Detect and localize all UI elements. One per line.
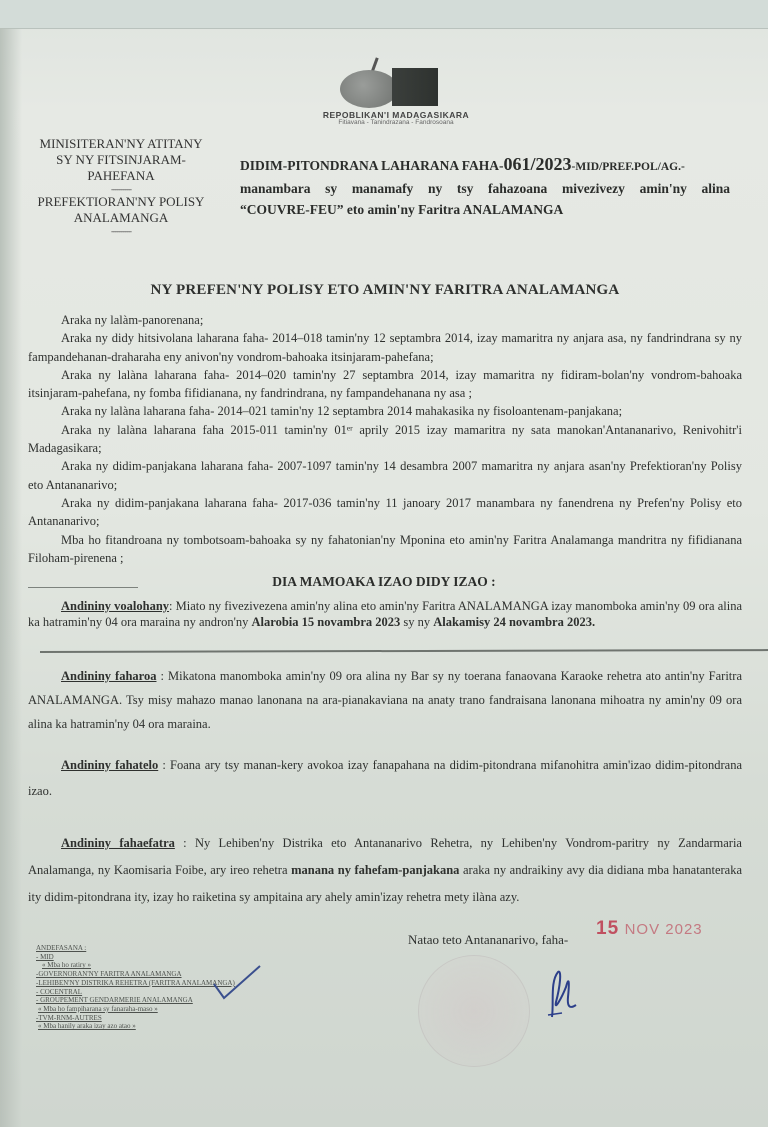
decision-heading: DIA MAMOAKA IZAO DIDY IZAO : <box>0 574 768 590</box>
article-1-label: Andininy voalohany <box>61 599 169 613</box>
curfew-end-date: Alakamisy 24 novambra 2023. <box>433 615 595 629</box>
header-separator: ---------- <box>22 184 220 194</box>
consideration-item: Araka ny didim-panjakana laharana faha- … <box>28 457 742 494</box>
checkmark-icon <box>212 964 262 1000</box>
stamp-day: 15 <box>596 918 619 939</box>
official-seal-icon <box>418 955 530 1067</box>
prefecture-line-2: ANALAMANGA <box>22 210 220 226</box>
consideration-item: Araka ny lalàna laharana faha 2015-011 t… <box>28 421 742 458</box>
considerations: Araka ny lalàm-panorenana; Araka ny didy… <box>28 311 742 567</box>
document-page: REPOBLIKAN'I MADAGASIKARA Fitiavana - Ta… <box>0 0 768 1127</box>
distribution-item: « Mba hanily araka izay azo atao » <box>36 1022 266 1031</box>
consideration-item: Araka ny lalàm-panorenana; <box>28 311 742 329</box>
article-2: Andininy faharoa : Mikatona manomboka am… <box>28 664 742 736</box>
issuing-authority-header: MINISITERAN'NY ATITANY SY NY FITSINJARAM… <box>22 136 220 236</box>
distribution-item: « Mba ho fampiharana sy fanaraha-maso » <box>36 1005 266 1014</box>
decree-title: DIDIM-PITONDRANA LAHARANA FAHA-061/2023-… <box>240 154 730 220</box>
consideration-item: Araka ny didim-panjakana laharana faha- … <box>28 494 742 531</box>
article-4-label: Andininy fahaefatra <box>61 836 175 850</box>
header-separator-2: ---------- <box>22 226 220 236</box>
prefecture-line-1: PREFEKTIORAN'NY POLISY <box>22 194 220 210</box>
article-1-join: sy ny <box>400 615 433 629</box>
decree-suffix: -MID/PREF.POL/AG.- <box>572 161 685 173</box>
date-stamp: 15 NOV 2023 <box>596 918 703 940</box>
distribution-item: -TVM-RNM-AUTRES <box>36 1014 266 1023</box>
consideration-item: Araka ny lalàna laharana faha- 2014–021 … <box>28 402 742 420</box>
consideration-item: Araka ny didy hitsivolana laharana faha-… <box>28 329 742 366</box>
republic-emblem: REPOBLIKAN'I MADAGASIKARA Fitiavana - Ta… <box>296 50 496 125</box>
decree-prefix: DIDIM-PITONDRANA LAHARANA FAHA- <box>240 158 504 173</box>
decree-subject-line-2: “COUVRE-FEU” eto amin'ny Faritra ANALAMA… <box>240 199 730 220</box>
article-4-bold: manana ny fahefam-panjakana <box>291 863 459 877</box>
distribution-title: ANDEFASANA : <box>36 944 266 953</box>
decree-number-line: DIDIM-PITONDRANA LAHARANA FAHA-061/2023-… <box>240 154 730 178</box>
signature-icon <box>540 967 590 1022</box>
authority-heading: NY PREFEN'NY POLISY ETO AMIN'NY FARITRA … <box>60 282 710 299</box>
ministry-line-3: PAHEFANA <box>22 168 220 184</box>
curfew-start-date: Alarobia 15 novambra 2023 <box>252 615 401 629</box>
scan-top-edge <box>0 0 768 29</box>
decree-subject-line-1: manambara sy manamafy ny tsy fahazoana m… <box>240 178 730 199</box>
ministry-line-1: MINISITERAN'NY ATITANY <box>22 136 220 152</box>
stamp-month-year: NOV 2023 <box>625 921 703 938</box>
decree-number: 061/2023 <box>504 154 572 174</box>
article-4: Andininy fahaefatra : Ny Lehiben'ny Dist… <box>28 830 742 911</box>
article-3-label: Andininy fahatelo <box>61 758 158 772</box>
consideration-item: Mba ho fitandroana ny tombotsoam-bahoaka… <box>28 531 742 568</box>
consideration-item: Araka ny lalàna laharana faha- 2014–020 … <box>28 366 742 403</box>
emblem-flag-icon <box>392 68 438 106</box>
emblem-seal-icon <box>340 70 398 108</box>
handwritten-underline <box>40 649 768 653</box>
ministry-line-2: SY NY FITSINJARAM- <box>22 152 220 168</box>
place-and-date-line: Natao teto Antananarivo, faha- <box>408 932 568 948</box>
article-2-label: Andininy faharoa <box>61 669 156 683</box>
article-1: Andininy voalohany: Miato ny fivezivezen… <box>28 598 742 630</box>
republic-motto: Fitiavana - Tanindrazana - Fandrosoana <box>296 119 496 126</box>
article-3: Andininy fahatelo : Foana ary tsy manan-… <box>28 752 742 804</box>
distribution-item: - MID <box>36 953 266 962</box>
